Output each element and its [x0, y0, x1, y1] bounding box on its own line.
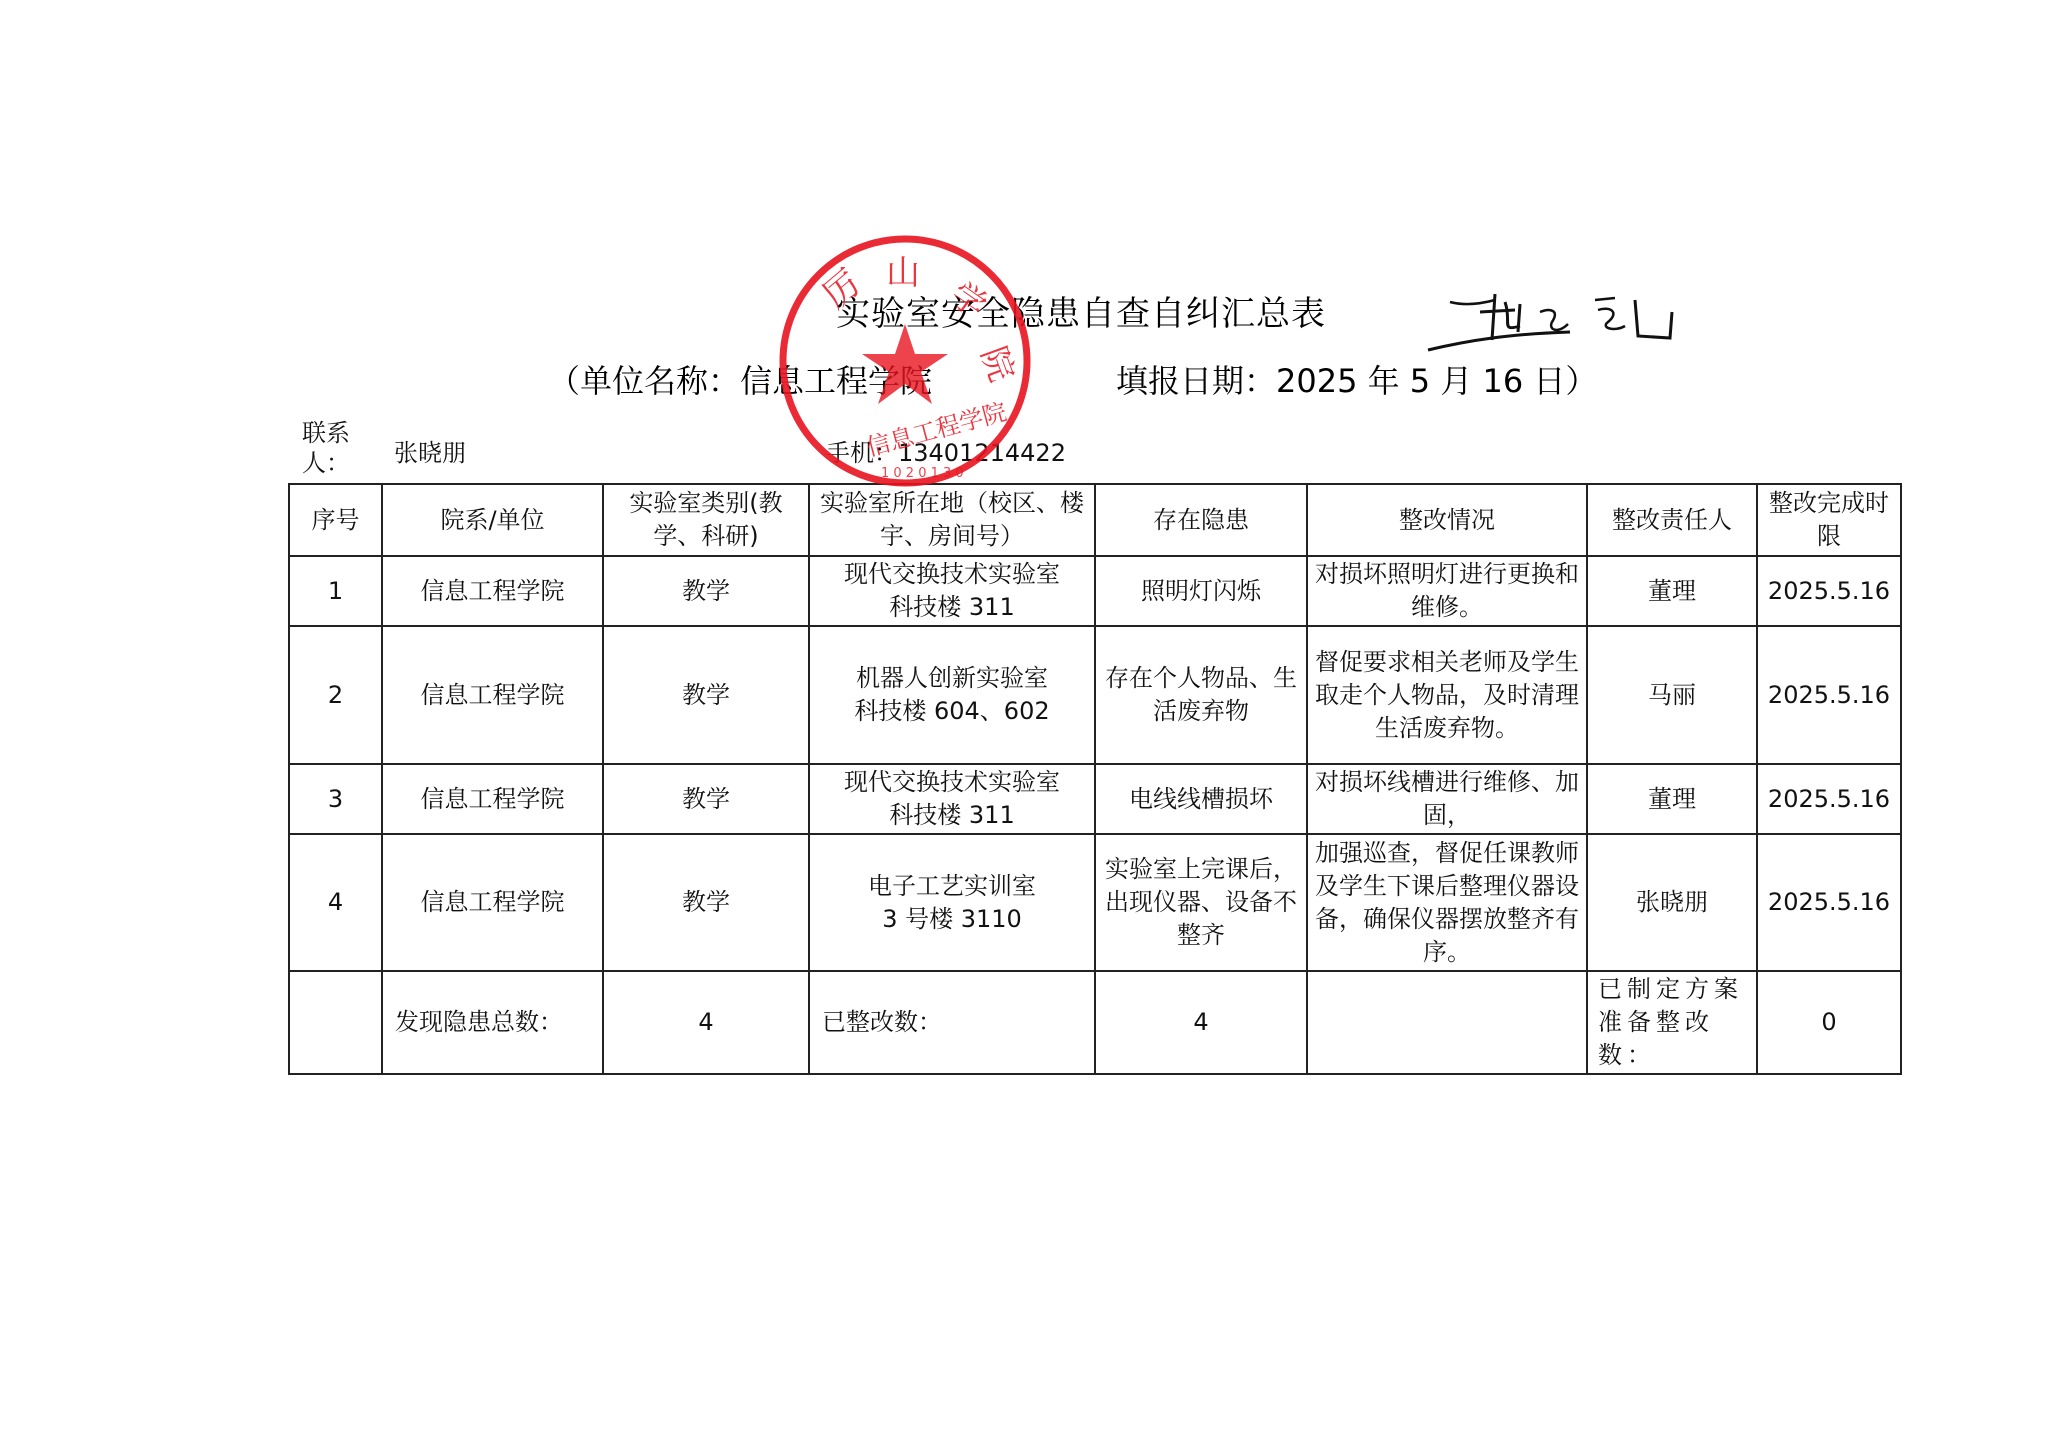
- cell-hazard: 实验室上完课后，出现仪器、设备不整齐: [1095, 834, 1307, 971]
- cell-rectification: 对损坏照明灯进行更换和维修。: [1307, 556, 1587, 626]
- table-row: 1 信息工程学院 教学 现代交换技术实验室 科技楼 311 照明灯闪烁 对损坏照…: [289, 556, 1901, 626]
- cell-no: 4: [289, 834, 382, 971]
- header-location: 实验室所在地（校区、楼宇、房间号）: [809, 484, 1095, 556]
- location-room: 科技楼 604、602: [816, 695, 1088, 728]
- planned-count-label: 已制定方案准备整改数：: [1587, 971, 1757, 1074]
- table-row: 3 信息工程学院 教学 现代交换技术实验室 科技楼 311 电线线槽损坏 对损坏…: [289, 764, 1901, 834]
- cell-deadline: 2025.5.16: [1757, 626, 1901, 764]
- cell-person: 董理: [1587, 764, 1757, 834]
- header-hazard: 存在隐患: [1095, 484, 1307, 556]
- svg-text:院: 院: [973, 341, 1022, 387]
- cell-dept: 信息工程学院: [382, 764, 603, 834]
- header-category: 实验室类别(教学、科研): [603, 484, 809, 556]
- cell-deadline: 2025.5.16: [1757, 764, 1901, 834]
- header-person: 整改责任人: [1587, 484, 1757, 556]
- cell-location: 现代交换技术实验室 科技楼 311: [809, 764, 1095, 834]
- fixed-count-value: 4: [1095, 971, 1307, 1074]
- header-rectification: 整改情况: [1307, 484, 1587, 556]
- cell-no: 3: [289, 764, 382, 834]
- table-row: 4 信息工程学院 教学 电子工艺实训室 3 号楼 3110 实验室上完课后，出现…: [289, 834, 1901, 971]
- document-title: 实验室安全隐患自查自纠汇总表: [836, 286, 1326, 335]
- contact-label: 联系人：: [302, 418, 362, 478]
- cell-category: 教学: [603, 764, 809, 834]
- location-lab: 电子工艺实训室: [816, 870, 1088, 903]
- cell-category: 教学: [603, 556, 809, 626]
- summary-row: 发现隐患总数： 4 已整改数： 4 已制定方案准备整改数： 0: [289, 971, 1901, 1074]
- cell-category: 教学: [603, 626, 809, 764]
- cell-hazard: 照明灯闪烁: [1095, 556, 1307, 626]
- cell-hazard: 存在个人物品、生活废弃物: [1095, 626, 1307, 764]
- location-lab: 机器人创新实验室: [816, 662, 1088, 695]
- summary-empty-cell: [289, 971, 382, 1074]
- found-count-value: 4: [603, 971, 809, 1074]
- summary-blank-cell: [1307, 971, 1587, 1074]
- found-count-label: 发现隐患总数：: [382, 971, 603, 1074]
- cell-location: 电子工艺实训室 3 号楼 3110: [809, 834, 1095, 971]
- report-date: 填报日期：2025 年 5 月 16 日）: [1116, 356, 1597, 402]
- contact-phone: 手机：13401214422: [826, 433, 1066, 468]
- cell-location: 现代交换技术实验室 科技楼 311: [809, 556, 1095, 626]
- table-header-row: 序号 院系/单位 实验室类别(教学、科研) 实验室所在地（校区、楼宇、房间号） …: [289, 484, 1901, 556]
- header-deadline: 整改完成时限: [1757, 484, 1901, 556]
- cell-dept: 信息工程学院: [382, 626, 603, 764]
- hazard-summary-table: 序号 院系/单位 实验室类别(教学、科研) 实验室所在地（校区、楼宇、房间号） …: [288, 483, 1902, 1075]
- cell-dept: 信息工程学院: [382, 556, 603, 626]
- cell-hazard: 电线线槽损坏: [1095, 764, 1307, 834]
- table-row: 2 信息工程学院 教学 机器人创新实验室 科技楼 604、602 存在个人物品、…: [289, 626, 1901, 764]
- cell-dept: 信息工程学院: [382, 834, 603, 971]
- cell-location: 机器人创新实验室 科技楼 604、602: [809, 626, 1095, 764]
- cell-rectification: 督促要求相关老师及学生取走个人物品，及时清理生活废弃物。: [1307, 626, 1587, 764]
- planned-count-value: 0: [1757, 971, 1901, 1074]
- contact-name: 张晓朋: [394, 433, 466, 468]
- header-dept: 院系/单位: [382, 484, 603, 556]
- cell-rectification: 加强巡查，督促任课教师及学生下课后整理仪器设备，确保仪器摆放整齐有序。: [1307, 834, 1587, 971]
- location-lab: 现代交换技术实验室: [816, 558, 1088, 591]
- cell-deadline: 2025.5.16: [1757, 834, 1901, 971]
- cell-person: 马丽: [1587, 626, 1757, 764]
- location-room: 科技楼 311: [816, 799, 1088, 832]
- cell-person: 董理: [1587, 556, 1757, 626]
- signature-icon: [1420, 282, 1680, 362]
- location-room: 3 号楼 3110: [816, 903, 1088, 936]
- cell-person: 张晓朋: [1587, 834, 1757, 971]
- cell-category: 教学: [603, 834, 809, 971]
- unit-name: （单位名称：信息工程学院: [548, 356, 932, 402]
- cell-no: 1: [289, 556, 382, 626]
- cell-no: 2: [289, 626, 382, 764]
- svg-text:1 0 2 0 1 3 0: 1 0 2 0 1 3 0: [881, 466, 964, 481]
- location-room: 科技楼 311: [816, 591, 1088, 624]
- cell-rectification: 对损坏线槽进行维修、加固，: [1307, 764, 1587, 834]
- header-no: 序号: [289, 484, 382, 556]
- fixed-count-label: 已整改数：: [809, 971, 1095, 1074]
- location-lab: 现代交换技术实验室: [816, 766, 1088, 799]
- cell-deadline: 2025.5.16: [1757, 556, 1901, 626]
